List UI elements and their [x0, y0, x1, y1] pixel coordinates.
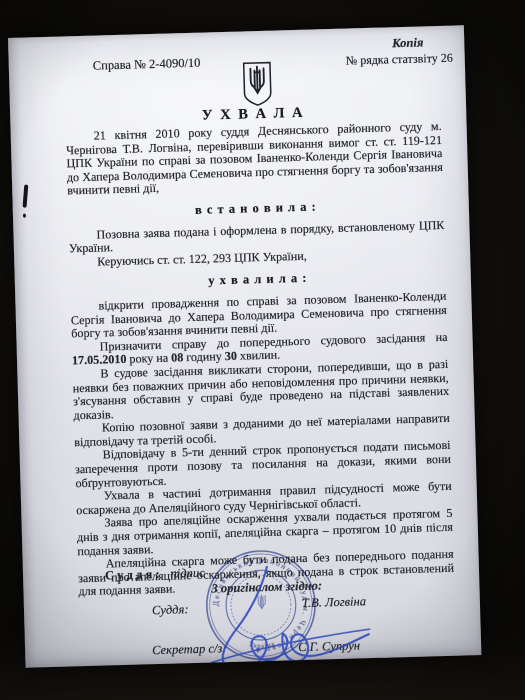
photo-background: Копія № рядка статзвіту 26 Справа № 2-40…	[0, 0, 525, 700]
schedule-minute: 30	[225, 349, 237, 363]
judge-caption: С у д д я :	[105, 567, 160, 583]
court-ruling-page: Копія № рядка статзвіту 26 Справа № 2-40…	[8, 25, 481, 667]
established-heading: в с т а н о в и л а :	[68, 197, 444, 221]
court-round-stamp: Деснянський районний суд м. Чернігова ★ …	[201, 546, 320, 665]
stamp-trident-icon	[258, 595, 265, 609]
stamp-ring-text: Деснянський районний суд м. Чернігова ★	[210, 554, 312, 656]
edge-ink-dot	[23, 214, 26, 218]
edge-ink-mark	[23, 184, 28, 207]
document-body: 21 квітня 2010 року суддя Деснянського р…	[66, 120, 455, 599]
judge-signature-line: С у д д я : підпис	[105, 566, 205, 584]
certified-true-copy-label: З оригіналом згідно:	[211, 578, 322, 596]
signature-placeholder: підпис	[170, 566, 204, 581]
schedule-hour: 08	[171, 351, 183, 365]
ruled-heading: у х в а л и л а :	[70, 268, 446, 292]
ukraine-trident-emblem	[240, 61, 275, 107]
copy-label: Копія	[392, 35, 424, 51]
stat-report-row-label: № рядка статзвіту 26	[346, 51, 453, 69]
svg-text:Деснянський районний суд м. Че: Деснянський районний суд м. Чернігова ★	[210, 554, 312, 656]
intro-paragraph: 21 квітня 2010 року суддя Деснянського р…	[66, 120, 444, 198]
judge-label: Суддя:	[152, 602, 189, 618]
case-number: Справа № 2-4090/10	[93, 56, 201, 74]
